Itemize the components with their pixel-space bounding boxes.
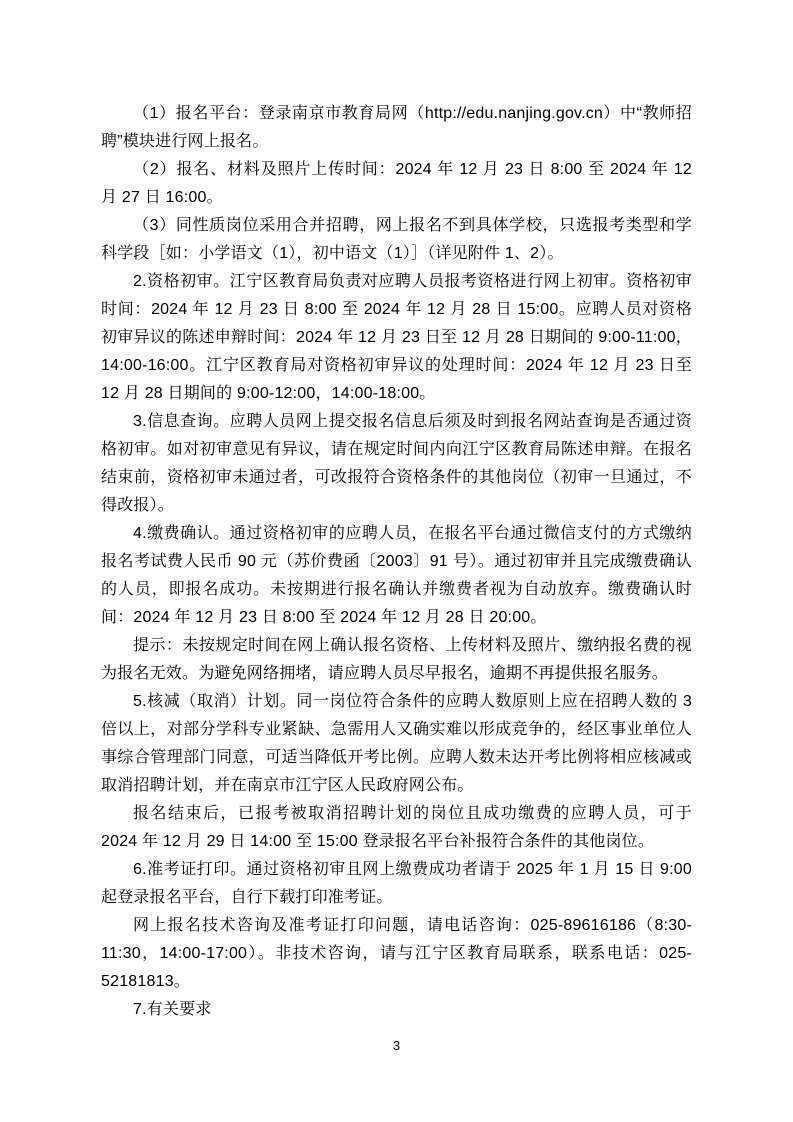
paragraph-signup-platform: （1）报名平台：登录南京市教育局网（http://edu.nanjing.gov… [101,100,692,156]
paragraph-merged-positions: （3）同性质岗位采用合并招聘，网上报名不到具体学校，只选报考类型和学科学段［如：… [101,212,692,268]
document-body: （1）报名平台：登录南京市教育局网（http://edu.nanjing.gov… [101,100,692,1024]
page-number: 3 [0,1038,793,1053]
paragraph-requirements-heading: 7.有关要求 [101,996,692,1024]
paragraph-qualification-review: 2.资格初审。江宁区教育局负责对应聘人员报考资格进行网上初审。资格初审时间：20… [101,268,692,408]
paragraph-reapply: 报名结束后，已报考被取消招聘计划的岗位且成功缴费的应聘人员，可于 2024 年 … [101,800,692,856]
paragraph-plan-reduction: 5.核减（取消）计划。同一岗位符合条件的应聘人数原则上应在招聘人数的 3 倍以上… [101,688,692,800]
document-page: （1）报名平台：登录南京市教育局网（http://edu.nanjing.gov… [0,0,793,1122]
paragraph-payment-confirmation: 4.缴费确认。通过资格初审的应聘人员，在报名平台通过微信支付的方式缴纳报名考试费… [101,520,692,632]
paragraph-info-query: 3.信息查询。应聘人员网上提交报名信息后须及时到报名网站查询是否通过资格初审。如… [101,408,692,520]
paragraph-reminder: 提示：未按规定时间在网上确认报名资格、上传材料及照片、缴纳报名费的视为报名无效。… [101,632,692,688]
paragraph-upload-time: （2）报名、材料及照片上传时间：2024 年 12 月 23 日 8:00 至 … [101,156,692,212]
paragraph-admission-ticket: 6.准考证打印。通过资格初审且网上缴费成功者请于 2025 年 1 月 15 日… [101,856,692,912]
paragraph-contact-info: 网上报名技术咨询及准考证打印问题，请电话咨询：025-89616186（8:30… [101,912,692,996]
